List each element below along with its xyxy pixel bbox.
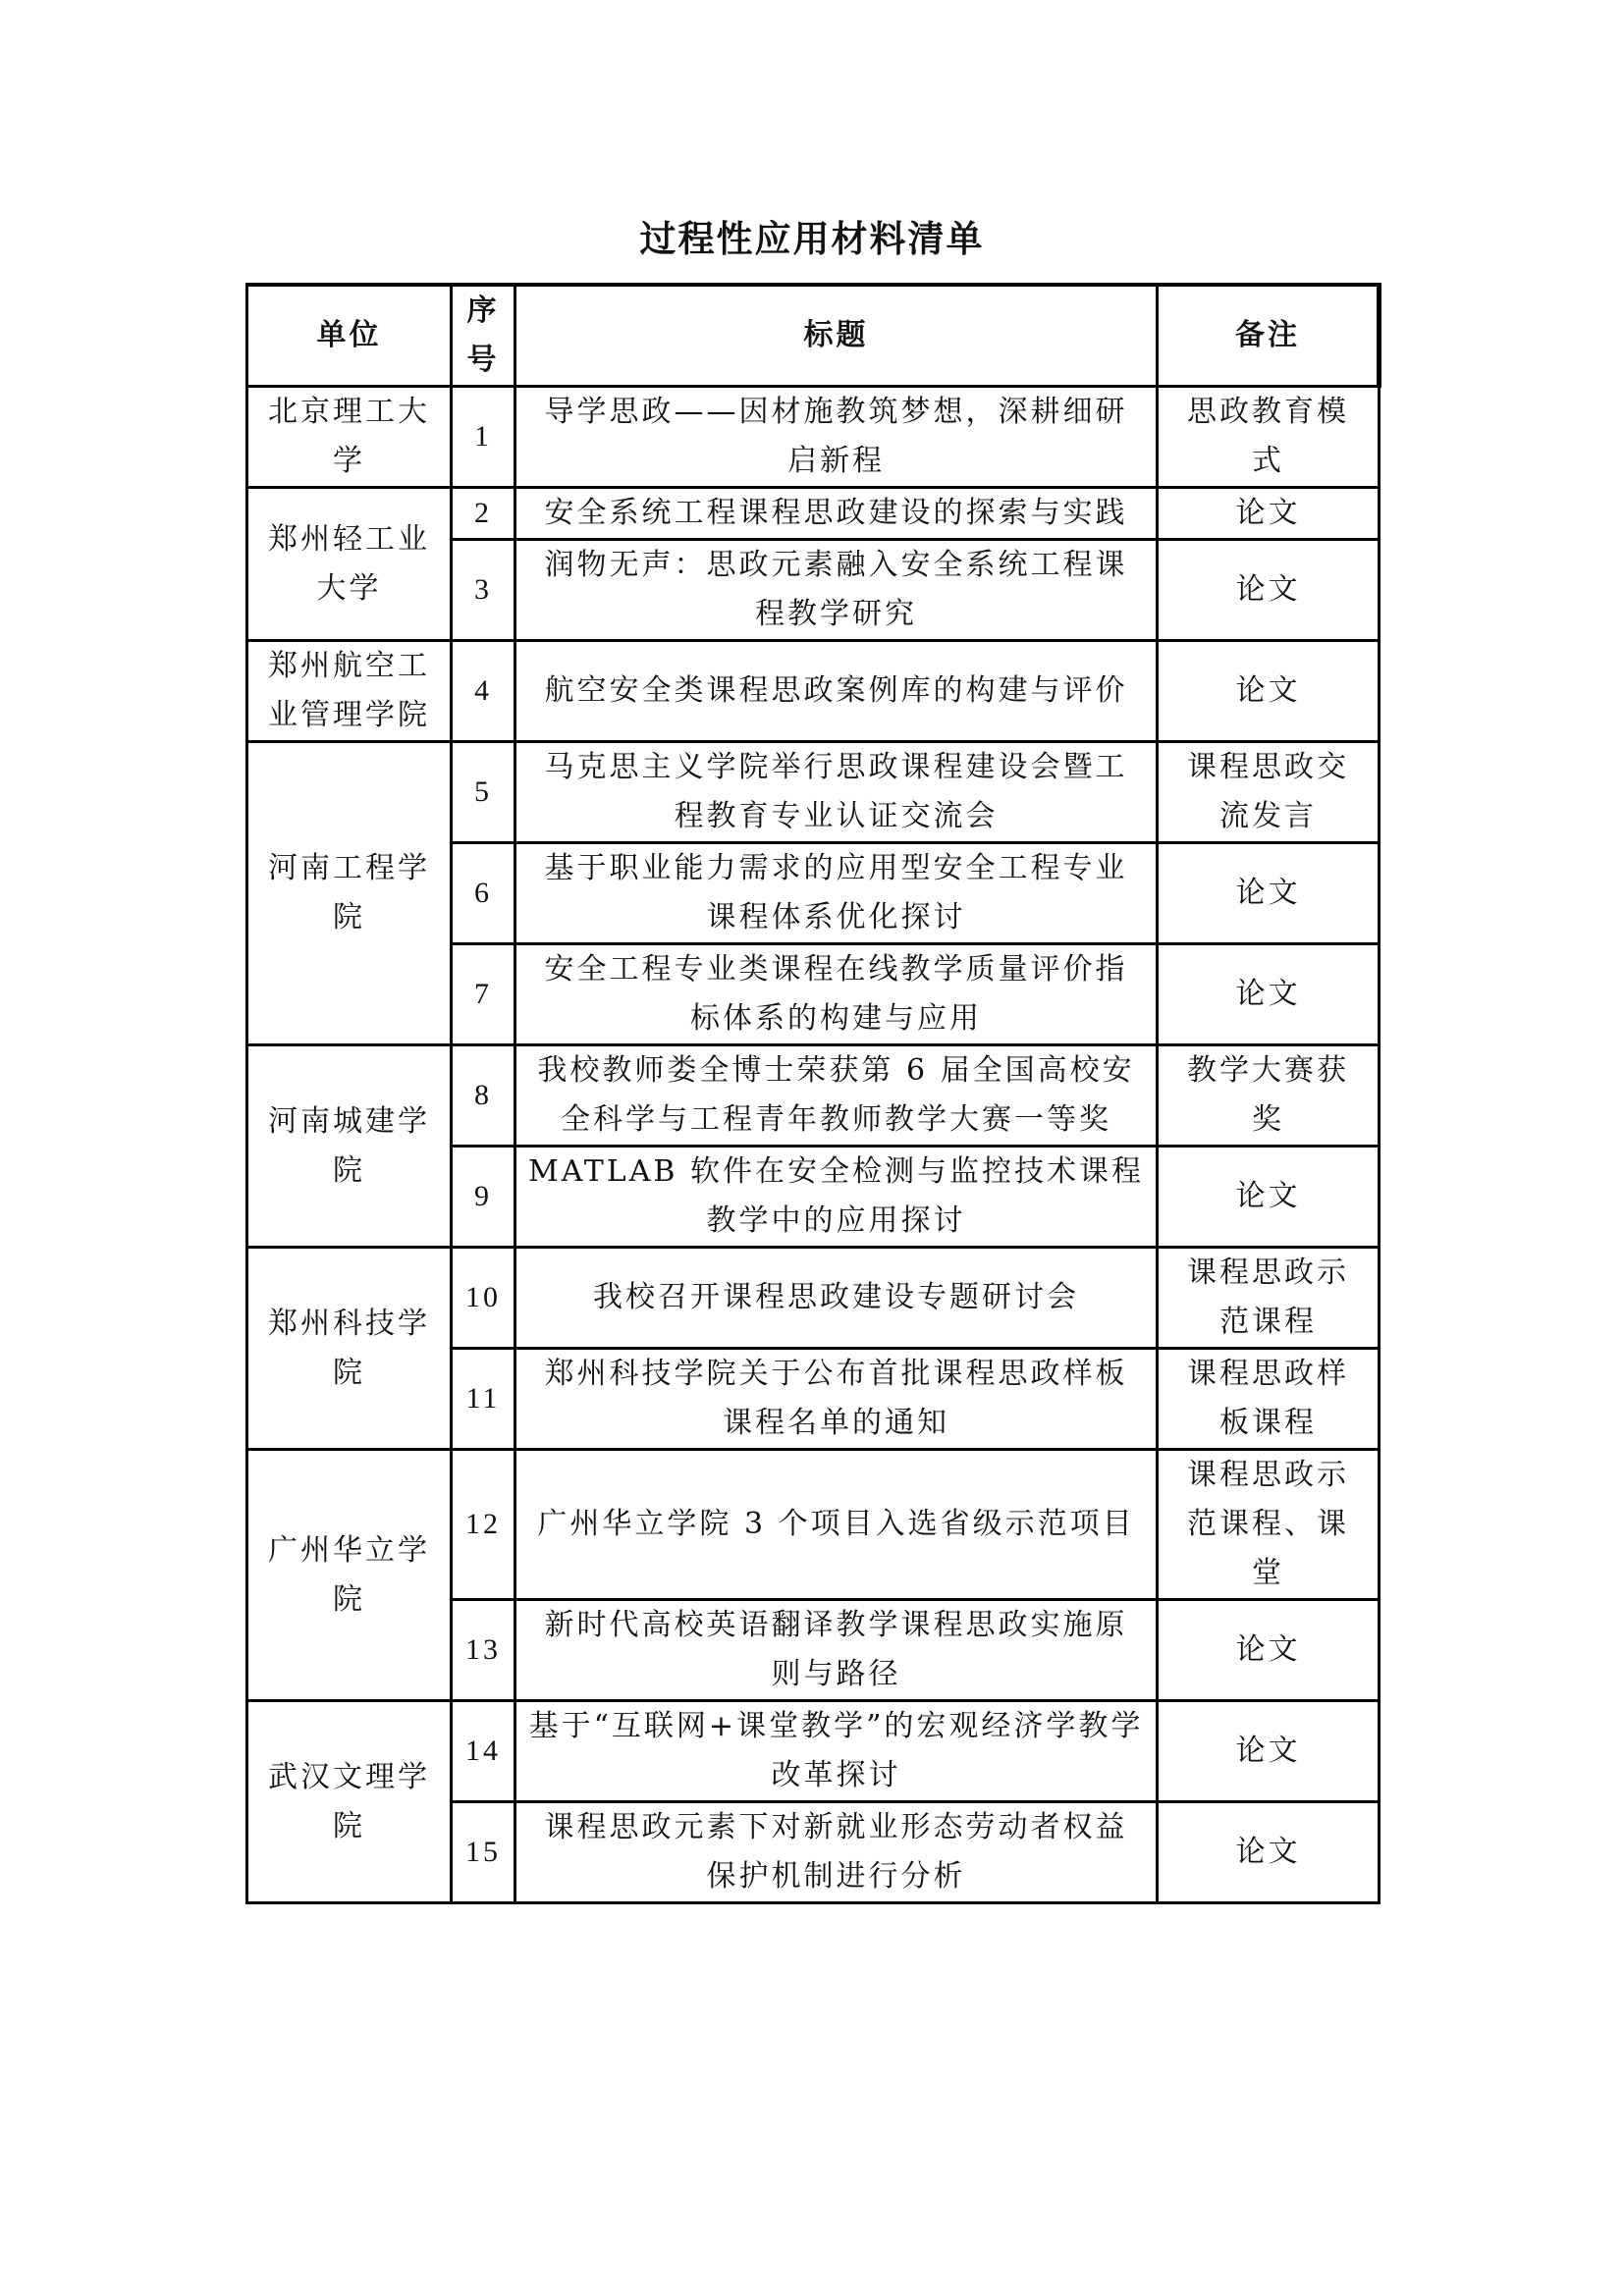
title-line: 郑州科技学院关于公布首批课程思政样板 [516, 1350, 1156, 1399]
title-cell: 基于职业能力需求的应用型安全工程专业 课程体系优化探讨 [515, 843, 1158, 944]
remark-line: 课程思政示 [1159, 1249, 1378, 1298]
unit-line: 院 [248, 1349, 450, 1398]
title-line: 标体系的构建与应用 [516, 994, 1156, 1043]
table-row: 武汉文理学 院 14 基于“互联网+课堂教学”的宏观经济学教学 改革探讨 论文 [247, 1701, 1380, 1802]
title-cell: 马克思主义学院举行思政课程建设会暨工 程教育专业认证交流会 [515, 742, 1158, 843]
remark-cell: 思政教育模 式 [1158, 387, 1380, 488]
title-line: 安全工程专业类课程在线教学质量评价指 [516, 945, 1156, 994]
unit-cell: 郑州科技学 院 [247, 1248, 452, 1450]
title-line: 新时代高校英语翻译教学课程思政实施原 [516, 1601, 1156, 1650]
title-line: 全科学与工程青年教师教学大赛一等奖 [516, 1095, 1156, 1145]
unit-line: 北京理工大 [248, 388, 450, 437]
remark-cell: 论文 [1158, 944, 1380, 1045]
seq-cell: 12 [452, 1450, 515, 1600]
header-unit: 单位 [247, 285, 452, 387]
title-cell: 广州华立学院 3 个项目入选省级示范项目 [515, 1450, 1158, 1600]
remark-line: 堂 [1159, 1549, 1378, 1598]
unit-cell: 河南工程学 院 [247, 742, 452, 1045]
unit-line: 院 [248, 893, 450, 942]
unit-cell: 广州华立学 院 [247, 1450, 452, 1701]
remark-line: 论文 [1159, 667, 1378, 716]
unit-cell: 郑州轻工业 大学 [247, 488, 452, 641]
remark-cell: 论文 [1158, 843, 1380, 944]
unit-cell: 郑州航空工 业管理学院 [247, 641, 452, 742]
seq-cell: 14 [452, 1701, 515, 1802]
header-seq: 序 号 [452, 285, 515, 387]
remark-cell: 论文 [1158, 488, 1380, 540]
title-line: 导学思政——因材施教筑梦想，深耕细研 [516, 388, 1156, 437]
title-cell: 导学思政——因材施教筑梦想，深耕细研 启新程 [515, 387, 1158, 488]
table-row: 郑州科技学 院 10 我校召开课程思政建设专题研讨会 课程思政示 范课程 [247, 1248, 1380, 1349]
title-line: 程教育专业认证交流会 [516, 792, 1156, 841]
remark-line: 课程思政交 [1159, 743, 1378, 792]
title-line: 则与路径 [516, 1650, 1156, 1699]
unit-line: 业管理学院 [248, 691, 450, 740]
seq-cell: 3 [452, 540, 515, 641]
title-line: 广州华立学院 3 个项目入选省级示范项目 [516, 1500, 1156, 1549]
materials-table: 单位 序 号 标题 备注 北京理工大 学 1 导学思政——因材施教筑梦想，深耕细… [245, 283, 1381, 1904]
seq-cell: 10 [452, 1248, 515, 1349]
title-line: 我校教师娄全博士荣获第 6 届全国高校安 [516, 1046, 1156, 1095]
title-line: MATLAB 软件在安全检测与监控技术课程 [516, 1148, 1156, 1197]
table-row: 北京理工大 学 1 导学思政——因材施教筑梦想，深耕细研 启新程 思政教育模 式 [247, 387, 1380, 488]
seq-cell: 7 [452, 944, 515, 1045]
unit-cell: 北京理工大 学 [247, 387, 452, 488]
title-cell: 我校教师娄全博士荣获第 6 届全国高校安 全科学与工程青年教师教学大赛一等奖 [515, 1045, 1158, 1147]
title-line: 课程名单的通知 [516, 1399, 1156, 1448]
title-cell: 我校召开课程思政建设专题研讨会 [515, 1248, 1158, 1349]
remark-line: 流发言 [1159, 792, 1378, 841]
remark-cell: 论文 [1158, 1701, 1380, 1802]
table-row: 河南工程学 院 5 马克思主义学院举行思政课程建设会暨工 程教育专业认证交流会 … [247, 742, 1380, 843]
remark-cell: 课程思政样 板课程 [1158, 1349, 1380, 1450]
unit-line: 院 [248, 1147, 450, 1196]
seq-cell: 9 [452, 1147, 515, 1248]
remark-line: 论文 [1159, 565, 1378, 614]
remark-line: 板课程 [1159, 1399, 1378, 1448]
seq-cell: 11 [452, 1349, 515, 1450]
unit-line: 河南城建学 [248, 1097, 450, 1147]
remark-cell: 论文 [1158, 540, 1380, 641]
unit-cell: 河南城建学 院 [247, 1045, 452, 1248]
title-cell: 郑州科技学院关于公布首批课程思政样板 课程名单的通知 [515, 1349, 1158, 1450]
remark-cell: 论文 [1158, 641, 1380, 742]
unit-line: 武汉文理学 [248, 1753, 450, 1802]
remark-cell: 论文 [1158, 1147, 1380, 1248]
title-cell: 新时代高校英语翻译教学课程思政实施原 则与路径 [515, 1600, 1158, 1701]
title-line: 航空安全类课程思政案例库的构建与评价 [516, 667, 1156, 716]
remark-line: 论文 [1159, 970, 1378, 1019]
unit-cell: 武汉文理学 院 [247, 1701, 452, 1903]
remark-line: 范课程、课 [1159, 1500, 1378, 1549]
table-header-row: 单位 序 号 标题 备注 [247, 285, 1380, 387]
title-line: 程教学研究 [516, 590, 1156, 639]
unit-line: 院 [248, 1802, 450, 1851]
unit-line: 院 [248, 1575, 450, 1625]
remark-line: 论文 [1159, 1626, 1378, 1675]
remark-line: 式 [1159, 437, 1378, 486]
title-line: 我校召开课程思政建设专题研讨会 [516, 1273, 1156, 1322]
title-line: 安全系统工程课程思政建设的探索与实践 [516, 489, 1156, 538]
table-row: 河南城建学 院 8 我校教师娄全博士荣获第 6 届全国高校安 全科学与工程青年教… [247, 1045, 1380, 1147]
seq-cell: 2 [452, 488, 515, 540]
table-row: 郑州航空工 业管理学院 4 航空安全类课程思政案例库的构建与评价 论文 [247, 641, 1380, 742]
table-row: 郑州轻工业 大学 2 安全系统工程课程思政建设的探索与实践 论文 [247, 488, 1380, 540]
title-line: 基于职业能力需求的应用型安全工程专业 [516, 844, 1156, 893]
seq-cell: 4 [452, 641, 515, 742]
remark-line: 奖 [1159, 1095, 1378, 1145]
remark-line: 教学大赛获 [1159, 1046, 1378, 1095]
title-line: 改革探讨 [516, 1751, 1156, 1800]
remark-cell: 论文 [1158, 1802, 1380, 1903]
title-line: 保护机制进行分析 [516, 1852, 1156, 1901]
title-cell: 润物无声：思政元素融入安全系统工程课 程教学研究 [515, 540, 1158, 641]
header-seq-line-1: 序 [453, 287, 514, 336]
title-line: 马克思主义学院举行思政课程建设会暨工 [516, 743, 1156, 792]
title-cell: 课程思政元素下对新就业形态劳动者权益 保护机制进行分析 [515, 1802, 1158, 1903]
title-line: 教学中的应用探讨 [516, 1197, 1156, 1246]
remark-cell: 课程思政交 流发言 [1158, 742, 1380, 843]
seq-cell: 13 [452, 1600, 515, 1701]
unit-line: 河南工程学 [248, 844, 450, 893]
unit-line: 学 [248, 437, 450, 486]
remark-cell: 论文 [1158, 1600, 1380, 1701]
seq-cell: 15 [452, 1802, 515, 1903]
remark-line: 范课程 [1159, 1298, 1378, 1347]
table-row: 广州华立学 院 12 广州华立学院 3 个项目入选省级示范项目 课程思政示 范课… [247, 1450, 1380, 1600]
remark-line: 论文 [1159, 489, 1378, 538]
title-cell: 航空安全类课程思政案例库的构建与评价 [515, 641, 1158, 742]
remark-line: 课程思政样 [1159, 1350, 1378, 1399]
title-cell: 安全工程专业类课程在线教学质量评价指 标体系的构建与应用 [515, 944, 1158, 1045]
header-remark: 备注 [1158, 285, 1380, 387]
remark-line: 思政教育模 [1159, 388, 1378, 437]
remark-cell: 课程思政示 范课程、课 堂 [1158, 1450, 1380, 1600]
remark-line: 论文 [1159, 1727, 1378, 1776]
unit-line: 郑州航空工 [248, 642, 450, 691]
seq-cell: 8 [452, 1045, 515, 1147]
document-title: 过程性应用材料清单 [0, 214, 1624, 263]
title-cell: MATLAB 软件在安全检测与监控技术课程 教学中的应用探讨 [515, 1147, 1158, 1248]
title-line: 课程思政元素下对新就业形态劳动者权益 [516, 1803, 1156, 1852]
seq-cell: 1 [452, 387, 515, 488]
title-cell: 安全系统工程课程思政建设的探索与实践 [515, 488, 1158, 540]
remark-line: 论文 [1159, 1828, 1378, 1877]
title-cell: 基于“互联网+课堂教学”的宏观经济学教学 改革探讨 [515, 1701, 1158, 1802]
title-line: 润物无声：思政元素融入安全系统工程课 [516, 541, 1156, 590]
header-seq-line-2: 号 [453, 336, 514, 385]
seq-cell: 5 [452, 742, 515, 843]
remark-cell: 课程思政示 范课程 [1158, 1248, 1380, 1349]
remark-line: 论文 [1159, 1172, 1378, 1221]
seq-cell: 6 [452, 843, 515, 944]
unit-line: 大学 [248, 564, 450, 614]
remark-line: 论文 [1159, 869, 1378, 918]
unit-line: 广州华立学 [248, 1526, 450, 1575]
title-line: 基于“互联网+课堂教学”的宏观经济学教学 [516, 1702, 1156, 1751]
remark-line: 课程思政示 [1159, 1451, 1378, 1500]
remark-cell: 教学大赛获 奖 [1158, 1045, 1380, 1147]
unit-line: 郑州轻工业 [248, 515, 450, 564]
header-title: 标题 [515, 285, 1158, 387]
unit-line: 郑州科技学 [248, 1300, 450, 1349]
title-line: 课程体系优化探讨 [516, 893, 1156, 942]
title-line: 启新程 [516, 437, 1156, 486]
